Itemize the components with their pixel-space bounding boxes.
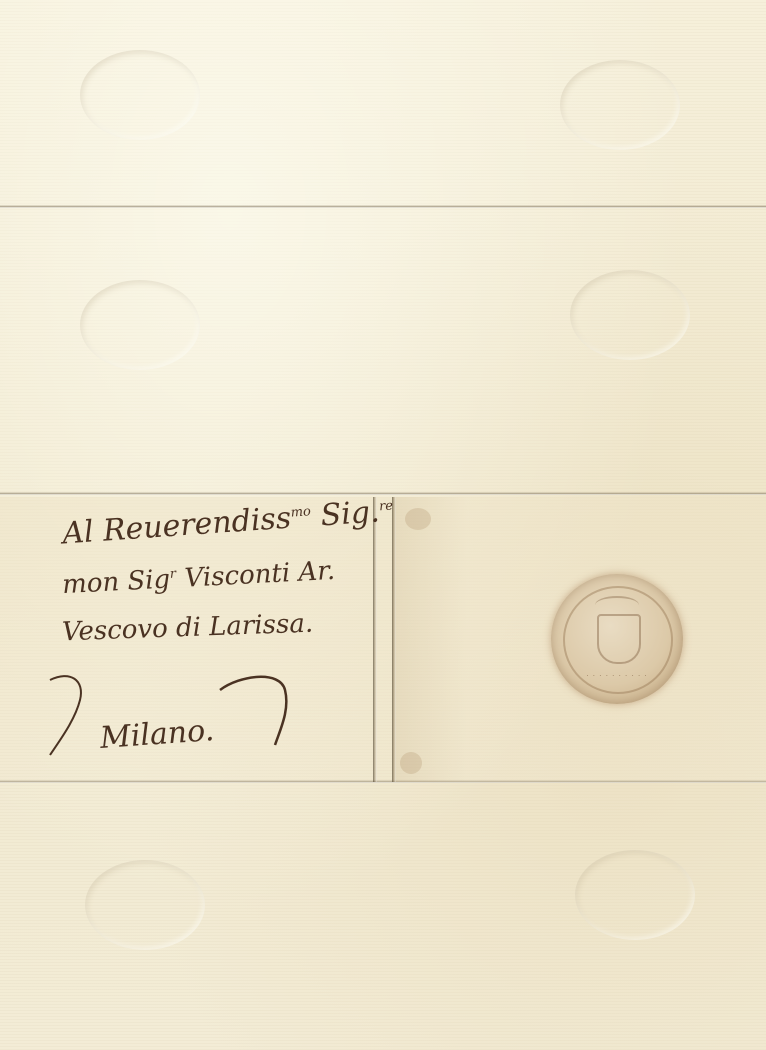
watermark-emboss bbox=[570, 270, 690, 360]
coat-of-arms-icon bbox=[597, 614, 641, 664]
watermark-emboss bbox=[85, 860, 205, 950]
stain bbox=[400, 752, 422, 774]
address-text: Sig. bbox=[310, 494, 381, 534]
ink-flourish bbox=[40, 660, 300, 770]
stain bbox=[405, 508, 431, 530]
flap-edge bbox=[392, 497, 396, 782]
watermark-emboss bbox=[80, 50, 200, 140]
watermark-emboss bbox=[80, 280, 200, 370]
watermark-emboss bbox=[560, 60, 680, 150]
letter-paper: Al Reuerendissmo Sig.re mon Sigr Viscont… bbox=[0, 0, 766, 1050]
seal-legend: · · · · · · · · · · bbox=[551, 672, 683, 680]
wax-seal: · · · · · · · · · · bbox=[551, 574, 683, 704]
superscript: re bbox=[379, 498, 394, 514]
fold-line-horizontal bbox=[0, 205, 766, 208]
fold-line-vertical bbox=[373, 497, 377, 782]
crown-icon bbox=[595, 596, 639, 614]
watermark-emboss bbox=[575, 850, 695, 940]
address-text: mon Sig bbox=[61, 565, 171, 601]
superscript: mo bbox=[290, 504, 311, 520]
